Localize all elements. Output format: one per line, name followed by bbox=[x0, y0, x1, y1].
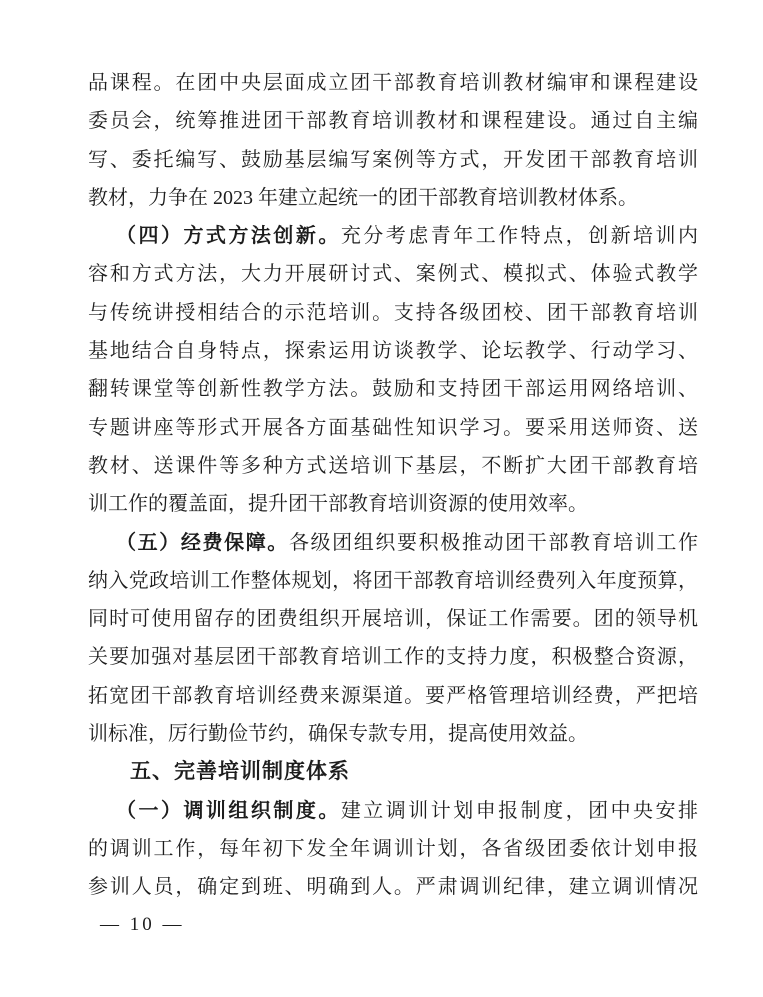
text-line: 关要加强对基层团干部教育培训工作的支持力度，积极整合资源， bbox=[88, 638, 698, 676]
text-line: 翻转课堂等创新性教学方法。鼓励和支持团干部运用网络培训、 bbox=[88, 370, 698, 408]
line-text: 关要加强对基层团干部教育培训工作的支持力度，积极整合资源， bbox=[88, 646, 698, 668]
text-line: 基地结合自身特点，探索运用访谈教学、论坛教学、行动学习、 bbox=[88, 332, 698, 370]
paragraph-lead: （五）经费保障。 bbox=[116, 532, 289, 554]
line-text: 与传统讲授相结合的示范培训。支持各级团校、团干部教育培训 bbox=[88, 302, 698, 324]
document-page: 品课程。在团中央层面成立团干部教育培训教材编审和课程建设 委员会，统筹推进团干部… bbox=[0, 0, 763, 997]
paragraph-lead: （一）调训组织制度。 bbox=[116, 800, 341, 822]
line-text: 翻转课堂等创新性教学方法。鼓励和支持团干部运用网络培训、 bbox=[88, 378, 698, 400]
text-line: 专题讲座等形式开展各方面基础性知识学习。要采用送师资、送 bbox=[88, 409, 698, 447]
line-text: 参训人员，确定到班、明确到人。严肃调训纪律，建立调训情况 bbox=[88, 876, 698, 898]
text-line: （一）调训组织制度。建立调训计划申报制度，团中央安排 bbox=[88, 792, 698, 830]
line-text: 拓宽团干部教育培训经费来源渠道。要严格管理培训经费，严把培 bbox=[88, 685, 698, 707]
line-text: 充分考虑青年工作特点，创新培训内 bbox=[341, 225, 698, 247]
page-number: — 10 — bbox=[100, 914, 185, 936]
line-text: 委员会，统筹推进团干部教育培训教材和课程建设。通过自主编 bbox=[88, 110, 698, 132]
line-text: 各级团组织要积极推动团干部教育培训工作 bbox=[289, 532, 698, 554]
text-line: 教材，力争在 2023 年建立起统一的团干部教育培训教材体系。 bbox=[88, 179, 698, 217]
text-line: （四）方式方法创新。充分考虑青年工作特点，创新培训内 bbox=[88, 217, 698, 255]
line-text: 容和方式方法，大力开展研讨式、案例式、模拟式、体验式教学 bbox=[88, 263, 698, 285]
line-text: 训标准，厉行勤俭节约，确保专款专用，提高使用效益。 bbox=[88, 723, 588, 745]
line-text: 写、委托编写、鼓励基层编写案例等方式，开发团干部教育培训 bbox=[88, 149, 698, 171]
line-text: 纳入党政培训工作整体规划，将团干部教育培训经费列入年度预算， bbox=[88, 570, 698, 592]
document-body: 品课程。在团中央层面成立团干部教育培训教材编审和课程建设 委员会，统筹推进团干部… bbox=[88, 64, 698, 907]
line-text: 专题讲座等形式开展各方面基础性知识学习。要采用送师资、送 bbox=[88, 417, 698, 439]
text-line: 的调训工作，每年初下发全年调训计划，各省级团委依计划申报 bbox=[88, 830, 698, 868]
text-line: 拓宽团干部教育培训经费来源渠道。要严格管理培训经费，严把培 bbox=[88, 677, 698, 715]
section-heading: 五、完善培训制度体系 bbox=[88, 753, 698, 791]
line-text: 的调训工作，每年初下发全年调训计划，各省级团委依计划申报 bbox=[88, 838, 698, 860]
text-line: 教材、送课件等多种方式送培训下基层，不断扩大团干部教育培 bbox=[88, 447, 698, 485]
text-line: 品课程。在团中央层面成立团干部教育培训教材编审和课程建设 bbox=[88, 64, 698, 102]
paragraph-lead: （四）方式方法创新。 bbox=[116, 225, 341, 247]
line-text: 基地结合自身特点，探索运用访谈教学、论坛教学、行动学习、 bbox=[88, 340, 698, 362]
text-line: （五）经费保障。各级团组织要积极推动团干部教育培训工作 bbox=[88, 524, 698, 562]
text-line: 委员会，统筹推进团干部教育培训教材和课程建设。通过自主编 bbox=[88, 102, 698, 140]
text-line: 写、委托编写、鼓励基层编写案例等方式，开发团干部教育培训 bbox=[88, 141, 698, 179]
text-line: 训工作的覆盖面，提升团干部教育培训资源的使用效率。 bbox=[88, 485, 698, 523]
text-line: 同时可使用留存的团费组织开展培训，保证工作需要。团的领导机 bbox=[88, 600, 698, 638]
line-text: 训工作的覆盖面，提升团干部教育培训资源的使用效率。 bbox=[88, 493, 588, 515]
heading-text: 五、完善培训制度体系 bbox=[130, 760, 350, 783]
line-text: 品课程。在团中央层面成立团干部教育培训教材编审和课程建设 bbox=[88, 72, 698, 94]
line-text: 建立调训计划申报制度，团中央安排 bbox=[341, 800, 698, 822]
line-text: 教材，力争在 2023 年建立起统一的团干部教育培训教材体系。 bbox=[88, 187, 638, 209]
text-line: 参训人员，确定到班、明确到人。严肃调训纪律，建立调训情况 bbox=[88, 868, 698, 906]
text-line: 训标准，厉行勤俭节约，确保专款专用，提高使用效益。 bbox=[88, 715, 698, 753]
text-line: 纳入党政培训工作整体规划，将团干部教育培训经费列入年度预算， bbox=[88, 562, 698, 600]
line-text: 教材、送课件等多种方式送培训下基层，不断扩大团干部教育培 bbox=[88, 455, 698, 477]
text-line: 容和方式方法，大力开展研讨式、案例式、模拟式、体验式教学 bbox=[88, 255, 698, 293]
line-text: 同时可使用留存的团费组织开展培训，保证工作需要。团的领导机 bbox=[88, 608, 698, 630]
text-line: 与传统讲授相结合的示范培训。支持各级团校、团干部教育培训 bbox=[88, 294, 698, 332]
